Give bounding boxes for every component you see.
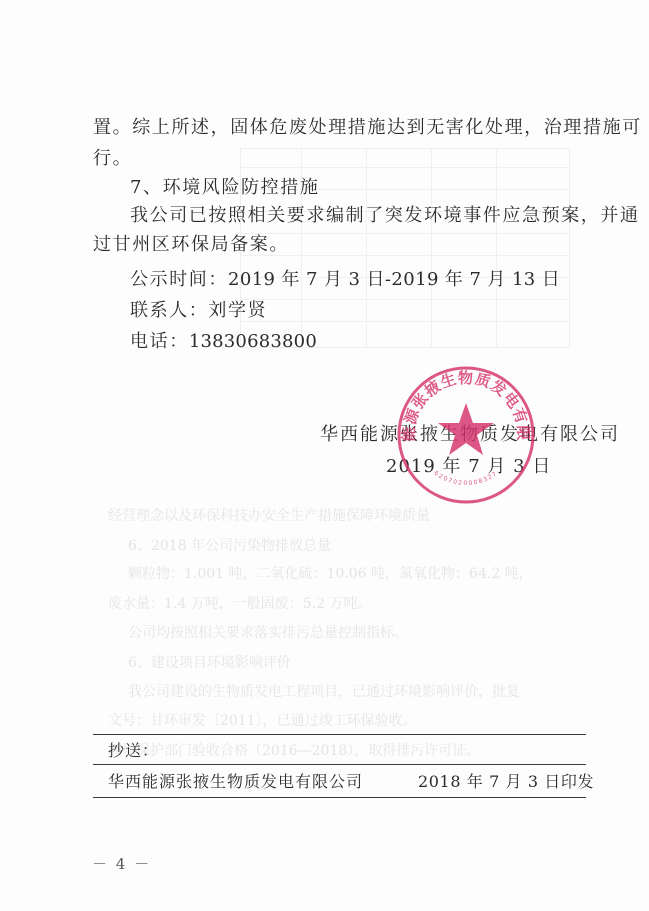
notice-period-value: 2019 年 7 月 3 日-2019 年 7 月 13 日 xyxy=(228,269,560,290)
cc-label: 抄送： xyxy=(108,741,159,761)
document-page: 经营理念以及环保科技办安全生产措施保障环境质量 6、2018 年公司污染物排放总… xyxy=(0,0,649,911)
divider-line xyxy=(93,734,586,735)
official-seal-icon: 华西能源张掖生物质发电有限公司 6207020008327 xyxy=(396,365,536,505)
section-heading: 7、环境风险防控措施 xyxy=(130,177,319,199)
bleed-through-line: 公司均按照相关要求落实排污总量控制指标。 xyxy=(128,622,408,642)
paragraph-line: 我公司已按照相关要求编制了突发环境事件应急预案，并通 xyxy=(130,205,640,227)
divider-line xyxy=(93,797,586,798)
notice-phone: 电话：13830683800 xyxy=(130,331,317,353)
notice-phone-label: 电话： xyxy=(130,331,189,352)
notice-contact-value: 刘学贤 xyxy=(208,300,267,321)
notice-phone-value: 13830683800 xyxy=(189,331,317,352)
svg-text:6207020008327: 6207020008327 xyxy=(433,470,500,487)
notice-contact: 联系人：刘学贤 xyxy=(130,300,267,322)
bleed-through-line: 6、2018 年公司污染物排放总量 xyxy=(128,535,331,555)
cc-issuer: 华西能源张掖生物质发电有限公司 xyxy=(108,772,363,792)
bleed-through-line: 环境保护部门验收合格（2016—2018），取得排污许可证。 xyxy=(108,740,480,760)
divider-line xyxy=(93,764,586,765)
bleed-through-line: 6、建设项目环境影响评价 xyxy=(128,652,291,672)
bleed-through-line: 废水量：1.4 万吨，一般固废：5.2 万吨。 xyxy=(108,593,371,613)
page-number: － 4 － xyxy=(92,853,151,874)
notice-contact-label: 联系人： xyxy=(130,300,208,321)
bleed-through-line: 文号：甘环审发〔2011〕，已通过竣工环保验收。 xyxy=(108,710,417,730)
cc-issue-date: 2018 年 7 月 3 日印发 xyxy=(418,772,594,792)
seal-serial: 6207020008327 xyxy=(433,470,500,487)
bleed-through-line: 经营理念以及环保科技办安全生产措施保障环境质量 xyxy=(108,505,430,525)
notice-period-label: 公示时间： xyxy=(130,269,228,290)
notice-period: 公示时间：2019 年 7 月 3 日-2019 年 7 月 13 日 xyxy=(130,269,560,291)
bleed-through-line: 我公司建设的生物质发电工程项目，已通过环境影响评价，批复 xyxy=(128,681,520,701)
bleed-through-line: 颗粒物：1.001 吨，二氧化硫：10.06 吨，氮氧化物：64.2 吨， xyxy=(128,563,533,583)
paragraph-line: 过甘州区环保局备案。 xyxy=(93,234,289,256)
paragraph-line: 置。综上所述，固体危废处理措施达到无害化处理，治理措施可 xyxy=(93,117,642,139)
paragraph-line: 行。 xyxy=(93,148,132,170)
